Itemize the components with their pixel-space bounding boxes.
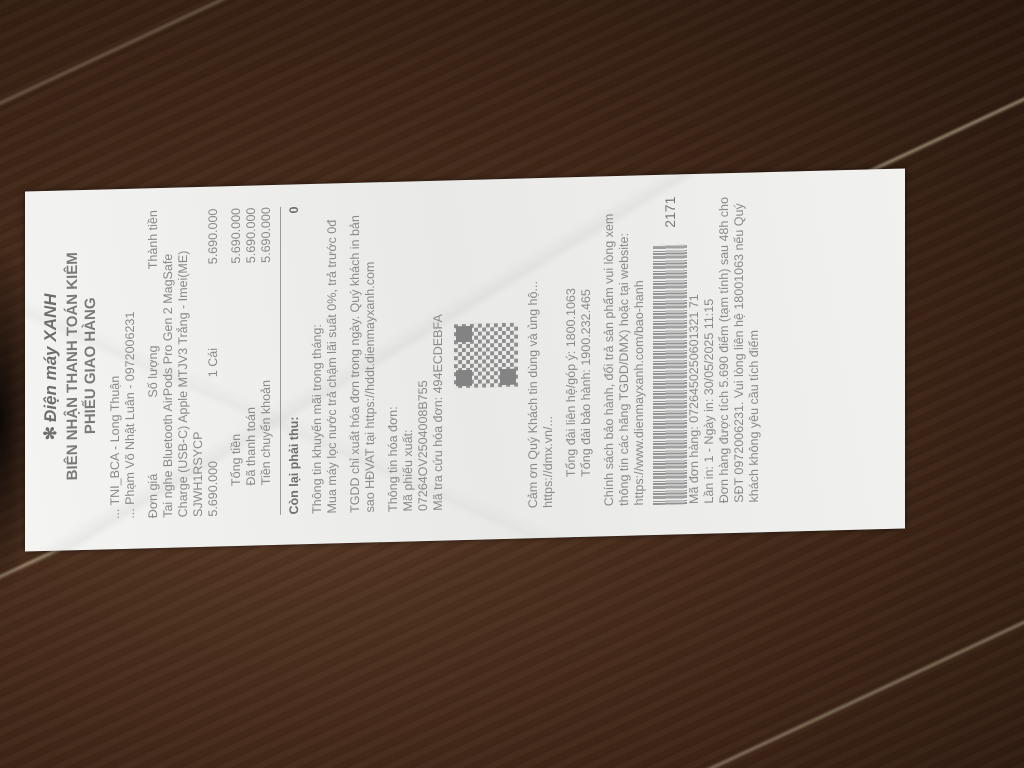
total-label: Tổng tiền bbox=[229, 434, 244, 487]
feedback-note: Cảm ơn Quý Khách tin dùng và ủng hộ... h… bbox=[526, 200, 556, 509]
invoice-title: Thông tin hóa đơn: bbox=[386, 204, 401, 512]
item-amount: 5.690.000 bbox=[206, 208, 221, 264]
receipt: ✻Điện máy XANH BIÊN NHẬN THANH TOÁN KIÊM… bbox=[25, 168, 905, 551]
customer-info: ... Phạm Võ Nhật Luân - 0972006231 bbox=[123, 211, 138, 519]
transfer-value: 5.690.000 bbox=[259, 207, 274, 263]
receipt-title-2: PHIẾU GIAO HÀNG bbox=[82, 212, 100, 520]
col-amount: Thành tiền bbox=[146, 210, 161, 269]
receipt-title-1: BIÊN NHẬN THANH TOÁN KIÊM bbox=[64, 212, 82, 520]
item-name: Tai nghe Bluetooth AirPods Pro Gen 2 Mag… bbox=[161, 209, 191, 518]
total-row: Tổng tiền 5.690.000 bbox=[229, 208, 244, 516]
promo-title: Thông tin khuyến mãi trong tháng: bbox=[310, 206, 325, 514]
barcode-number: 2171 bbox=[663, 196, 678, 228]
divider bbox=[280, 207, 281, 515]
barcode-row: 2171 bbox=[653, 196, 687, 505]
logo-text: Điện máy XANH bbox=[41, 293, 60, 422]
barcode bbox=[653, 244, 687, 505]
remaining-value: 0 bbox=[287, 206, 302, 213]
store-logo: ✻Điện máy XANH bbox=[43, 213, 58, 521]
paid-value: 5.690.000 bbox=[244, 207, 259, 263]
item-serial: SJWH1RSYCP bbox=[191, 209, 206, 517]
item-qty-number: 1 bbox=[206, 370, 220, 377]
vat-note: TGDD chỉ xuất hóa đơn trong ngày. Quý kh… bbox=[348, 204, 378, 513]
paid-row: Đã thanh toán 5.690.000 bbox=[244, 207, 259, 515]
paid-label: Đã thanh toán bbox=[244, 407, 259, 486]
print-info: Lần in: 1 - Ngày in: 30/05/2025 11:15 bbox=[702, 195, 717, 503]
slip-code: 07264OV2504008B755 bbox=[416, 203, 431, 511]
warranty-note: Chính sách bảo hành, đổi trả sản phẩm vu… bbox=[602, 197, 647, 506]
item-price: 5.690.000 bbox=[206, 461, 221, 517]
points-note: Đơn hàng được tích 5.690 điểm (tạm tính)… bbox=[717, 194, 762, 503]
total-value: 5.690.000 bbox=[229, 208, 244, 264]
lookup-code: Mã tra cứu hóa đơn: 494ECDEBFA bbox=[431, 202, 446, 510]
transfer-label: Tiền chuyển khoản bbox=[259, 380, 274, 486]
remaining-row: Còn lại phải thu: 0 bbox=[287, 206, 302, 514]
column-headers: Đơn giá Số lượng Thành tiền bbox=[146, 210, 161, 518]
qr-code bbox=[454, 323, 518, 389]
col-price: Đơn giá bbox=[146, 474, 161, 519]
hotline-feedback: Tổng đài liên hệ/góp ý: 1800.1063 bbox=[564, 199, 579, 507]
slip-label: Mã phiếu xuất: bbox=[401, 203, 416, 511]
logo-star-icon: ✻ bbox=[41, 426, 60, 441]
col-qty: Số lượng bbox=[146, 345, 161, 397]
remaining-label: Còn lại phải thu: bbox=[287, 416, 302, 514]
store-name: ... TNI_BCA - Long Thuận bbox=[108, 211, 123, 519]
promo-text: Mua máy lọc nước trả chậm lãi suất 0%, t… bbox=[325, 205, 340, 513]
order-code: Mã đơn hàng: 0726450250601321 71 bbox=[687, 196, 702, 504]
item-row: 5.690.000 1 Cái 5.690.000 bbox=[206, 208, 221, 516]
transfer-row: Tiền chuyển khoản 5.690.000 bbox=[259, 207, 274, 515]
item-qty: 1 Cái bbox=[206, 348, 221, 378]
item-unit: Cái bbox=[206, 348, 220, 367]
hotline-warranty: Tổng đài bảo hành: 1900.232.465 bbox=[579, 199, 594, 507]
